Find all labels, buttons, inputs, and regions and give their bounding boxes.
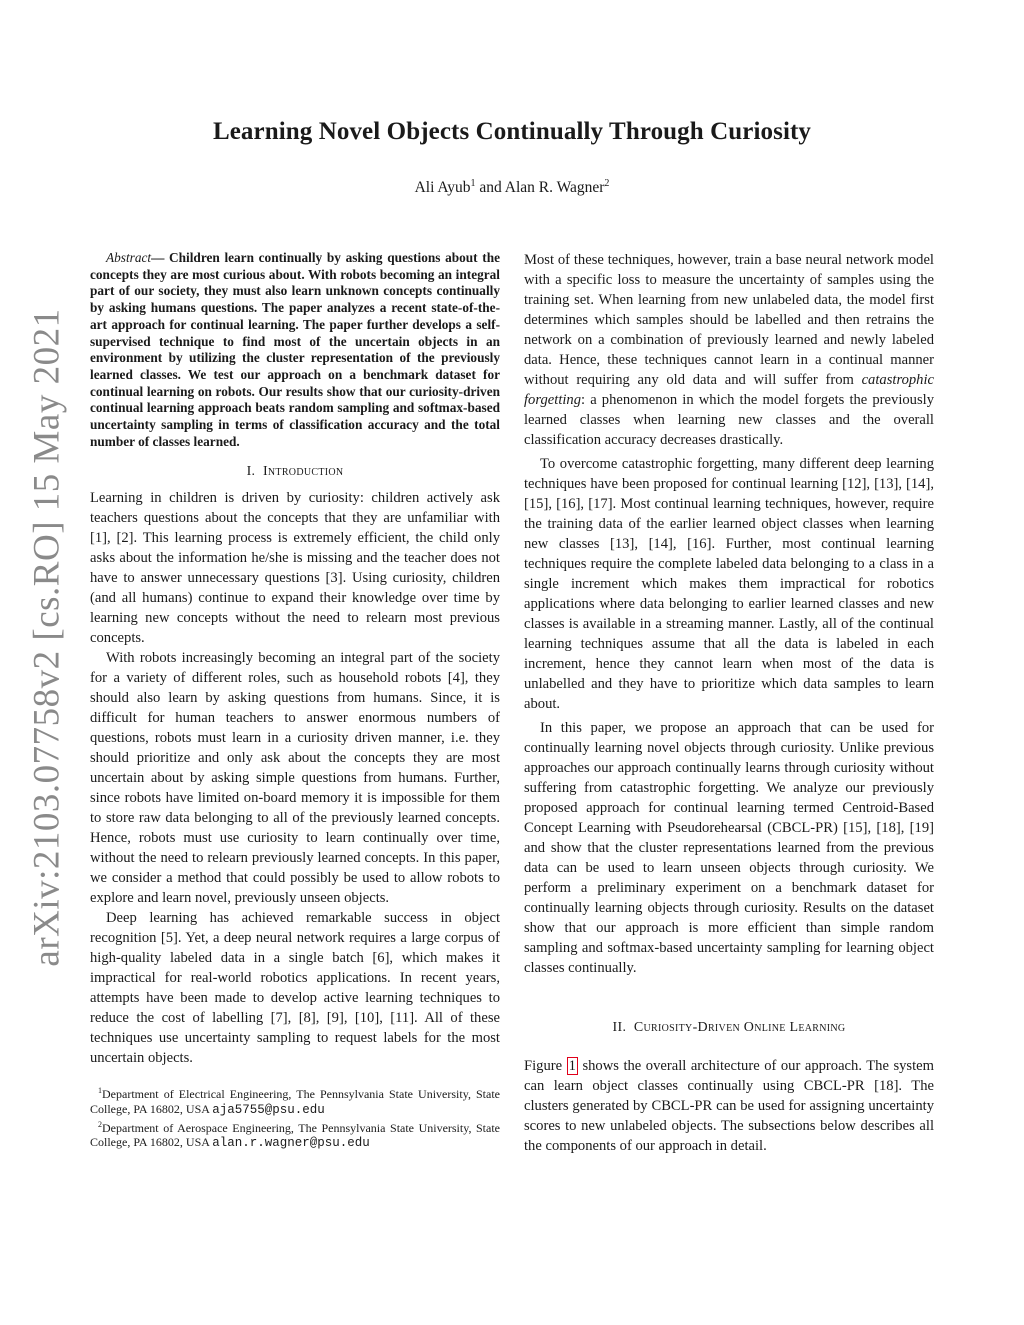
email-link[interactable]: alan.r.wagner@psu.edu <box>212 1136 370 1150</box>
section-heading-curiosity-driven: II. Curiosity-Driven Online Learning <box>524 1018 934 1038</box>
section-heading-introduction: I. Introduction <box>90 462 500 482</box>
author-name: Alan R. Wagner <box>505 179 605 196</box>
paper-title: Learning Novel Objects Continually Throu… <box>0 118 1024 146</box>
abstract: Abstract— Children learn continually by … <box>90 250 500 450</box>
right-column: Most of these techniques, however, train… <box>524 250 934 1156</box>
intro-paragraph: To overcome catastrophic forgetting, man… <box>524 454 934 714</box>
arxiv-side-stamp: arXiv:2103.07758v2 [cs.RO] 15 May 2021 <box>22 330 72 945</box>
author-list: Ali Ayub1 and Alan R. Wagner2 <box>0 178 1024 197</box>
paragraph-text: Most of these techniques, however, train… <box>524 252 934 388</box>
section-title: Introduction <box>263 464 343 479</box>
paragraph-text: : a phenomenon in which the model forget… <box>524 392 934 448</box>
abstract-text: Children learn continually by asking que… <box>90 250 500 449</box>
footnote: 2Department of Aerospace Engineering, Th… <box>90 1118 500 1151</box>
intro-paragraph-continued: Most of these techniques, however, train… <box>524 250 934 450</box>
abstract-dash: — <box>151 250 169 265</box>
section-number: I. <box>247 464 256 479</box>
intro-paragraph: Learning in children is driven by curios… <box>90 488 500 648</box>
intro-paragraph: In this paper, we propose an approach th… <box>524 718 934 978</box>
section-number: II. <box>613 1020 627 1035</box>
paragraph-text: Figure <box>524 1058 567 1074</box>
footnote: 1Department of Electrical Engineering, T… <box>90 1084 500 1117</box>
arxiv-identifier: arXiv:2103.07758v2 [cs.RO] 15 May 2021 <box>26 308 69 966</box>
intro-paragraph: Deep learning has achieved remarkable su… <box>90 908 500 1068</box>
affiliation-mark: 2 <box>604 178 609 189</box>
left-column: Abstract— Children learn continually by … <box>90 250 500 1151</box>
author-name: Ali Ayub <box>415 179 471 196</box>
paragraph-text: shows the overall architecture of our ap… <box>524 1058 934 1154</box>
intro-paragraph: With robots increasingly becoming an int… <box>90 648 500 908</box>
email-link[interactable]: aja5755@psu.edu <box>212 1103 325 1117</box>
footnotes: 1Department of Electrical Engineering, T… <box>90 1084 500 1150</box>
figure-reference-link[interactable]: 1 <box>567 1057 578 1075</box>
abstract-label: Abstract <box>106 250 151 265</box>
section-title: Curiosity-Driven Online Learning <box>634 1020 846 1035</box>
section2-paragraph: Figure 1 shows the overall architecture … <box>524 1056 934 1156</box>
author-joiner: and <box>475 179 504 196</box>
